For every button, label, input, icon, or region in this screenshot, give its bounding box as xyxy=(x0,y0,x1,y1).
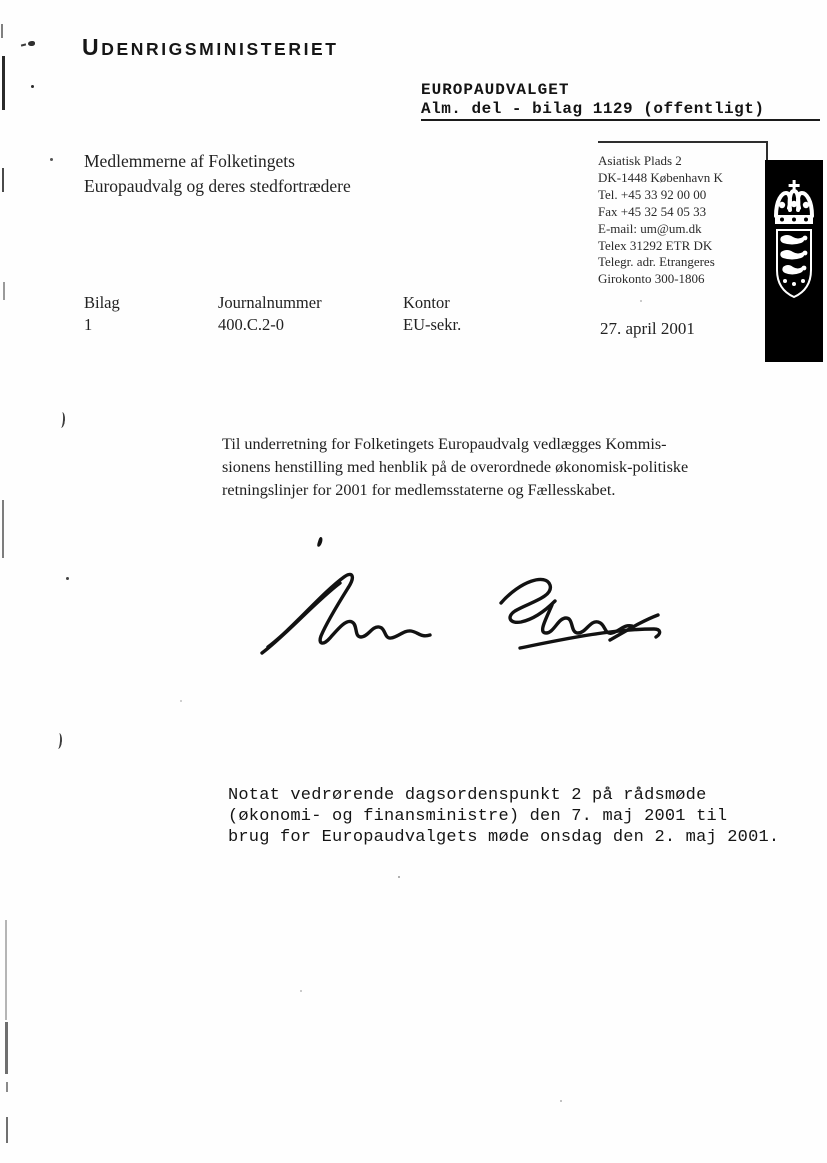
royal-coat-of-arms-icon xyxy=(765,160,823,362)
notat-line: Notat vedrørende dagsordenspunkt 2 på rå… xyxy=(228,786,779,807)
scan-edge-artifact xyxy=(6,1082,8,1092)
scan-speck xyxy=(50,158,53,161)
scan-edge-artifact xyxy=(2,500,4,558)
stamp-committee-name: EUROPAUDVALGET xyxy=(421,81,820,99)
ministry-letterhead: UDENRIGSMINISTERIET xyxy=(82,34,339,61)
body-line: Til underretning for Folketingets Europa… xyxy=(222,433,688,456)
recipient-line: Medlemmerne af Folketingets xyxy=(84,149,351,174)
contact-fax: Fax +45 32 54 05 33 xyxy=(598,204,723,221)
scan-edge-artifact xyxy=(3,282,5,300)
kontor-value: EU-sekr. xyxy=(403,315,461,335)
contact-telegram: Telegr. adr. Etrangeres xyxy=(598,254,723,271)
contact-phone: Tel. +45 33 92 00 00 xyxy=(598,187,723,204)
journalnummer-label: Journalnummer xyxy=(218,293,322,313)
kontor-label: Kontor xyxy=(403,293,450,313)
scan-edge-artifact xyxy=(6,1117,8,1143)
stamp-case-reference: Alm. del - bilag 1129 (offentligt) xyxy=(421,100,820,121)
notat-line: brug for Europaudvalgets møde onsdag den… xyxy=(228,828,779,849)
sender-contact-block: Asiatisk Plads 2 DK-1448 København K Tel… xyxy=(598,153,723,288)
handwritten-signature xyxy=(258,545,668,660)
scan-speck xyxy=(560,1100,562,1102)
scan-speck xyxy=(31,85,34,88)
scanned-letter-page: UDENRIGSMINISTERIET EUROPAUDVALGET Alm. … xyxy=(0,0,827,1163)
body-line: sionens henstilling med henblik på de ov… xyxy=(222,456,688,479)
scan-edge-artifact xyxy=(5,920,7,1020)
bilag-value: 1 xyxy=(84,315,92,335)
contact-giro: Girokonto 300-1806 xyxy=(598,271,723,288)
notat-block: Notat vedrørende dagsordenspunkt 2 på rå… xyxy=(228,786,779,848)
contact-street: Asiatisk Plads 2 xyxy=(598,153,723,170)
notat-line: (økonomi- og finansministre) den 7. maj … xyxy=(228,807,779,828)
scan-speck xyxy=(398,876,400,878)
journalnummer-value: 400.C.2-0 xyxy=(218,315,284,335)
pen-mark xyxy=(55,733,62,749)
scan-edge-artifact xyxy=(2,168,4,192)
scan-speck xyxy=(180,700,182,702)
recipient-address: Medlemmerne af Folketingets Europaudvalg… xyxy=(84,149,351,199)
corner-bracket-horizontal xyxy=(598,141,768,143)
bilag-label: Bilag xyxy=(84,293,120,313)
scan-edge-artifact xyxy=(5,1022,8,1074)
scan-speck xyxy=(640,300,642,302)
document-date: 27. april 2001 xyxy=(600,319,695,339)
scan-smudge xyxy=(21,43,26,46)
pen-mark xyxy=(58,412,65,428)
scan-speck xyxy=(300,990,302,992)
contact-city: DK-1448 København K xyxy=(598,170,723,187)
contact-telex: Telex 31292 ETR DK xyxy=(598,238,723,255)
scan-smudge xyxy=(28,41,35,46)
committee-stamp: EUROPAUDVALGET Alm. del - bilag 1129 (of… xyxy=(421,81,820,121)
scan-edge-artifact xyxy=(1,24,3,38)
body-paragraph: Til underretning for Folketingets Europa… xyxy=(222,433,688,502)
scan-edge-artifact xyxy=(2,56,5,110)
recipient-line: Europaudvalg og deres stedfortrædere xyxy=(84,174,351,199)
body-line: retningslinjer for 2001 for medlemsstate… xyxy=(222,479,688,502)
contact-email: E-mail: um@um.dk xyxy=(598,221,723,238)
scan-speck xyxy=(66,577,69,580)
